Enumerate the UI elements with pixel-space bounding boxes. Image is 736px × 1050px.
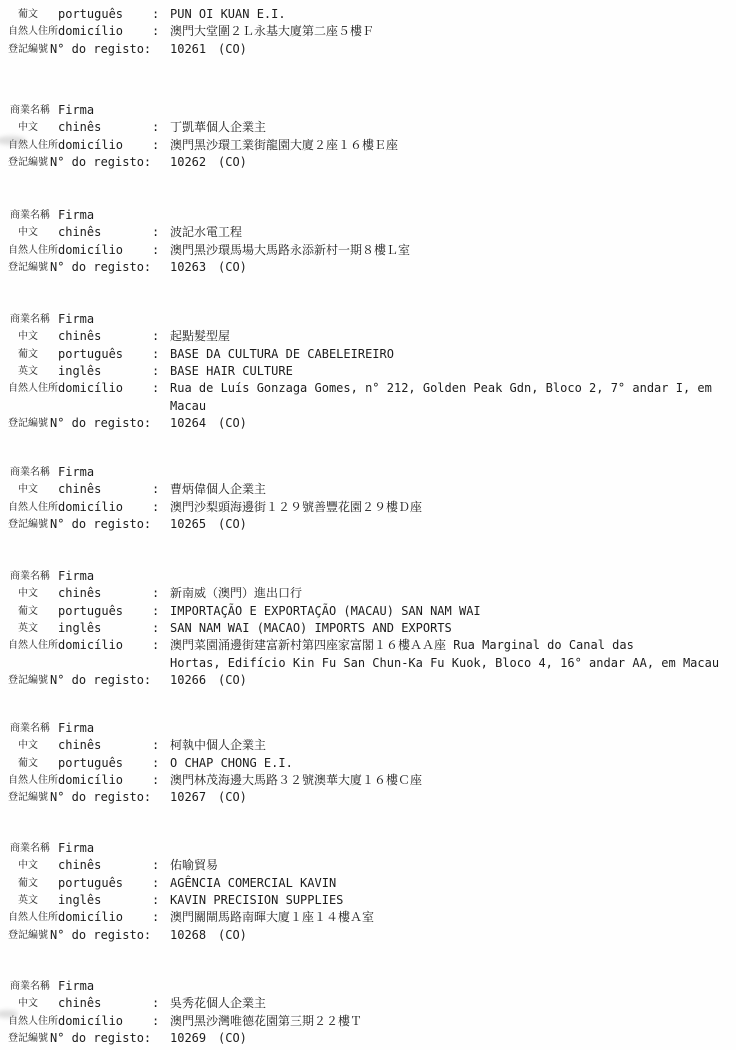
- registry-line: 登記編號N° do registo:10262(CO): [0, 154, 736, 171]
- label-zh: 登記編號: [8, 1031, 48, 1046]
- colon-separator: :: [152, 7, 159, 22]
- registry-line: Hortas, Edifício Kin Fu San Chun-Ka Fu K…: [0, 655, 736, 672]
- registry-line: 商業名稱Firma: [0, 311, 736, 328]
- colon-separator: :: [152, 120, 159, 135]
- label-zh: 中文: [18, 120, 38, 135]
- field-value: 澳門黑沙環馬場大馬路永添新村一期８樓Ｌ室: [170, 243, 410, 258]
- registration-number: 10266: [170, 673, 206, 688]
- colon-separator: :: [152, 347, 159, 362]
- colon-separator: :: [152, 604, 159, 619]
- label-pt: Firma: [58, 465, 94, 480]
- label-pt: domicílio: [58, 638, 123, 653]
- label-zh: 中文: [18, 482, 38, 497]
- registration-number: 10269: [170, 1031, 206, 1046]
- label-pt: português: [58, 604, 123, 619]
- label-zh: 商業名稱: [10, 312, 50, 327]
- registry-line: 登記編號N° do registo:10264(CO): [0, 415, 736, 432]
- label-pt: chinês: [58, 225, 101, 240]
- registry-line: 中文chinês:起點髮型屋: [0, 328, 736, 345]
- colon-separator: :: [152, 364, 159, 379]
- label-pt: Firma: [58, 208, 94, 223]
- registration-suffix: (CO): [218, 155, 247, 170]
- label-pt: chinês: [58, 586, 101, 601]
- label-pt: N° do registo:: [50, 517, 151, 532]
- field-value: PUN OI KUAN E.I.: [170, 7, 286, 22]
- registration-number: 10263: [170, 260, 206, 275]
- label-zh: 自然人住所: [8, 910, 58, 925]
- registry-line: 自然人住所domicílio:澳門黑沙環工業街龍園大廈２座１６樓Ｅ座: [0, 137, 736, 154]
- registration-suffix: (CO): [218, 517, 247, 532]
- label-pt: domicílio: [58, 500, 123, 515]
- registration-number: 10267: [170, 790, 206, 805]
- label-zh: 商業名稱: [10, 721, 50, 736]
- registry-line: 葡文português:IMPORTAÇÃO E EXPORTAÇÃO (MAC…: [0, 603, 736, 620]
- registry-line: 自然人住所domicílio:澳門黑沙灣唯德花園第三期２２樓Ｔ: [0, 1013, 736, 1030]
- label-zh: 自然人住所: [8, 381, 58, 396]
- label-zh: 自然人住所: [8, 500, 58, 515]
- registration-suffix: (CO): [218, 42, 247, 57]
- field-value: SAN NAM WAI (MACAO) IMPORTS AND EXPORTS: [170, 621, 452, 636]
- label-pt: inglês: [58, 621, 101, 636]
- field-value: 澳門菜園涌邊街建富新村第四座家富閣１６樓ＡＡ座 Rua Marginal do …: [170, 638, 634, 653]
- label-pt: N° do registo:: [50, 155, 151, 170]
- colon-separator: :: [152, 738, 159, 753]
- field-value: 波記水電工程: [170, 225, 242, 240]
- colon-separator: :: [152, 638, 159, 653]
- registry-line: 商業名稱Firma: [0, 720, 736, 737]
- label-pt: Firma: [58, 979, 94, 994]
- label-pt: Firma: [58, 841, 94, 856]
- registry-line: 商業名稱Firma: [0, 102, 736, 119]
- label-zh: 葡文: [18, 7, 38, 22]
- registry-line: 自然人住所domicílio:Rua de Luís Gonzaga Gomes…: [0, 380, 736, 397]
- field-value: 澳門關閘馬路南暉大廈１座１４樓Ａ室: [170, 910, 374, 925]
- registry-line: 商業名稱Firma: [0, 840, 736, 857]
- label-zh: 中文: [18, 586, 38, 601]
- label-pt: Firma: [58, 721, 94, 736]
- registry-line: 葡文português:BASE DA CULTURA DE CABELEIRE…: [0, 346, 736, 363]
- registration-suffix: (CO): [218, 673, 247, 688]
- colon-separator: :: [152, 586, 159, 601]
- registration-suffix: (CO): [218, 260, 247, 275]
- label-pt: inglês: [58, 893, 101, 908]
- registry-document-page: 葡文português:PUN OI KUAN E.I.自然人住所domicíl…: [0, 0, 736, 1050]
- label-pt: português: [58, 876, 123, 891]
- registry-line: 商業名稱Firma: [0, 978, 736, 995]
- field-value: 新南威（澳門）進出口行: [170, 586, 302, 601]
- registry-line: 中文chinês:佑喻貿易: [0, 857, 736, 874]
- label-zh: 商業名稱: [10, 208, 50, 223]
- registry-line: 中文chinês:波記水電工程: [0, 224, 736, 241]
- registry-line: 自然人住所domicílio:澳門沙梨頭海邊街１２９號善豐花園２９樓Ｄ座: [0, 499, 736, 516]
- label-zh: 中文: [18, 858, 38, 873]
- registration-suffix: (CO): [218, 416, 247, 431]
- field-value: KAVIN PRECISION SUPPLIES: [170, 893, 343, 908]
- label-pt: domicílio: [58, 24, 123, 39]
- label-zh: 中文: [18, 996, 38, 1011]
- registry-line: 登記編號N° do registo:10269(CO): [0, 1030, 736, 1047]
- label-zh: 自然人住所: [8, 24, 58, 39]
- label-zh: 商業名稱: [10, 569, 50, 584]
- colon-separator: :: [152, 243, 159, 258]
- label-zh: 登記編號: [8, 673, 48, 688]
- field-value: 起點髮型屋: [170, 329, 230, 344]
- label-zh: 自然人住所: [8, 638, 58, 653]
- registry-line: 英文inglês:KAVIN PRECISION SUPPLIES: [0, 892, 736, 909]
- label-pt: Firma: [58, 312, 94, 327]
- label-zh: 登記編號: [8, 260, 48, 275]
- label-zh: 中文: [18, 329, 38, 344]
- label-zh: 英文: [18, 893, 38, 908]
- registry-line: 英文inglês:BASE HAIR CULTURE: [0, 363, 736, 380]
- colon-separator: :: [152, 893, 159, 908]
- registry-line: 自然人住所domicílio:澳門菜園涌邊街建富新村第四座家富閣１６樓ＡＡ座 R…: [0, 637, 736, 654]
- label-pt: N° do registo:: [50, 1031, 151, 1046]
- field-value: 吳秀花個人企業主: [170, 996, 266, 1011]
- field-value: 澳門黑沙灣唯德花園第三期２２樓Ｔ: [170, 1014, 362, 1029]
- label-pt: português: [58, 756, 123, 771]
- colon-separator: :: [152, 24, 159, 39]
- colon-separator: :: [152, 381, 159, 396]
- label-pt: domicílio: [58, 138, 123, 153]
- field-value: 丁凱華個人企業主: [170, 120, 266, 135]
- label-pt: inglês: [58, 364, 101, 379]
- label-pt: N° do registo:: [50, 673, 151, 688]
- label-pt: N° do registo:: [50, 42, 151, 57]
- label-pt: domicílio: [58, 1014, 123, 1029]
- label-zh: 英文: [18, 621, 38, 636]
- colon-separator: :: [152, 773, 159, 788]
- label-zh: 商業名稱: [10, 465, 50, 480]
- colon-separator: :: [152, 1014, 159, 1029]
- label-zh: 登記編號: [8, 790, 48, 805]
- registry-line: 中文chinês:丁凱華個人企業主: [0, 119, 736, 136]
- label-zh: 商業名稱: [10, 103, 50, 118]
- registry-line: 中文chinês:柯執中個人企業主: [0, 737, 736, 754]
- registry-line: 自然人住所domicílio:澳門大堂圍２Ｌ永基大廈第二座５樓Ｆ: [0, 23, 736, 40]
- label-zh: 葡文: [18, 876, 38, 891]
- colon-separator: :: [152, 621, 159, 636]
- colon-separator: :: [152, 500, 159, 515]
- field-value: O CHAP CHONG E.I.: [170, 756, 293, 771]
- label-zh: 中文: [18, 738, 38, 753]
- label-pt: N° do registo:: [50, 416, 151, 431]
- registry-line: 商業名稱Firma: [0, 207, 736, 224]
- label-zh: 葡文: [18, 756, 38, 771]
- label-zh: 自然人住所: [8, 243, 58, 258]
- label-pt: N° do registo:: [50, 790, 151, 805]
- colon-separator: :: [152, 482, 159, 497]
- label-zh: 登記編號: [8, 155, 48, 170]
- label-pt: chinês: [58, 996, 101, 1011]
- registry-line: 中文chinês:吳秀花個人企業主: [0, 995, 736, 1012]
- label-pt: português: [58, 7, 123, 22]
- label-zh: 商業名稱: [10, 979, 50, 994]
- registry-line: 自然人住所domicílio:澳門林茂海邊大馬路３２號澳華大廈１６樓Ｃ座: [0, 772, 736, 789]
- field-value: 佑喻貿易: [170, 858, 218, 873]
- field-value-continuation: Macau: [170, 399, 206, 414]
- field-value: AGÊNCIA COMERCIAL KAVIN: [170, 876, 336, 891]
- label-pt: N° do registo:: [50, 260, 151, 275]
- label-zh: 登記編號: [8, 42, 48, 57]
- registry-line: 商業名稱Firma: [0, 568, 736, 585]
- label-pt: chinês: [58, 738, 101, 753]
- label-pt: chinês: [58, 482, 101, 497]
- label-pt: chinês: [58, 329, 101, 344]
- registration-suffix: (CO): [218, 928, 247, 943]
- registry-line: Macau: [0, 398, 736, 415]
- registration-suffix: (CO): [218, 1031, 247, 1046]
- registry-line: 登記編號N° do registo:10265(CO): [0, 516, 736, 533]
- colon-separator: :: [152, 910, 159, 925]
- registry-line: 葡文português:AGÊNCIA COMERCIAL KAVIN: [0, 875, 736, 892]
- label-zh: 葡文: [18, 604, 38, 619]
- label-zh: 自然人住所: [8, 773, 58, 788]
- field-value: 澳門大堂圍２Ｌ永基大廈第二座５樓Ｆ: [170, 24, 374, 39]
- colon-separator: :: [152, 876, 159, 891]
- label-pt: Firma: [58, 569, 94, 584]
- registry-line: 自然人住所domicílio:澳門黑沙環馬場大馬路永添新村一期８樓Ｌ室: [0, 242, 736, 259]
- label-zh: 中文: [18, 225, 38, 240]
- registry-line: 登記編號N° do registo:10266(CO): [0, 672, 736, 689]
- field-value: Rua de Luís Gonzaga Gomes, n° 212, Golde…: [170, 381, 712, 396]
- registry-line: 登記編號N° do registo:10268(CO): [0, 927, 736, 944]
- field-value: 澳門黑沙環工業街龍園大廈２座１６樓Ｅ座: [170, 138, 398, 153]
- label-pt: domicílio: [58, 243, 123, 258]
- field-value: BASE DA CULTURA DE CABELEIREIRO: [170, 347, 394, 362]
- registry-line: 登記編號N° do registo:10261(CO): [0, 41, 736, 58]
- registration-number: 10264: [170, 416, 206, 431]
- colon-separator: :: [152, 225, 159, 240]
- field-value: BASE HAIR CULTURE: [170, 364, 293, 379]
- colon-separator: :: [152, 138, 159, 153]
- field-value: 澳門沙梨頭海邊街１２９號善豐花園２９樓Ｄ座: [170, 500, 422, 515]
- field-value: 柯執中個人企業主: [170, 738, 266, 753]
- label-pt: domicílio: [58, 910, 123, 925]
- registration-suffix: (CO): [218, 790, 247, 805]
- label-pt: domicílio: [58, 773, 123, 788]
- registry-line: 中文chinês:新南威（澳門）進出口行: [0, 585, 736, 602]
- label-zh: 葡文: [18, 347, 38, 362]
- colon-separator: :: [152, 756, 159, 771]
- registration-number: 10268: [170, 928, 206, 943]
- field-value: 澳門林茂海邊大馬路３２號澳華大廈１６樓Ｃ座: [170, 773, 422, 788]
- label-pt: Firma: [58, 103, 94, 118]
- registry-line: 登記編號N° do registo:10267(CO): [0, 789, 736, 806]
- label-zh: 登記編號: [8, 416, 48, 431]
- colon-separator: :: [152, 329, 159, 344]
- label-pt: chinês: [58, 858, 101, 873]
- label-zh: 英文: [18, 364, 38, 379]
- colon-separator: :: [152, 858, 159, 873]
- label-pt: domicílio: [58, 381, 123, 396]
- registry-line: 登記編號N° do registo:10263(CO): [0, 259, 736, 276]
- label-pt: português: [58, 347, 123, 362]
- label-zh: 商業名稱: [10, 841, 50, 856]
- label-pt: N° do registo:: [50, 928, 151, 943]
- registration-number: 10265: [170, 517, 206, 532]
- registration-number: 10261: [170, 42, 206, 57]
- label-pt: chinês: [58, 120, 101, 135]
- registry-line: 英文inglês:SAN NAM WAI (MACAO) IMPORTS AND…: [0, 620, 736, 637]
- label-zh: 登記編號: [8, 928, 48, 943]
- field-value-continuation: Hortas, Edifício Kin Fu San Chun-Ka Fu K…: [170, 656, 719, 671]
- registry-line: 自然人住所domicílio:澳門關閘馬路南暉大廈１座１４樓Ａ室: [0, 909, 736, 926]
- registry-line: 商業名稱Firma: [0, 464, 736, 481]
- registry-line: 葡文português:PUN OI KUAN E.I.: [0, 6, 736, 23]
- registry-line: 中文chinês:曹炳偉個人企業主: [0, 481, 736, 498]
- registry-line: 葡文português:O CHAP CHONG E.I.: [0, 755, 736, 772]
- field-value: 曹炳偉個人企業主: [170, 482, 266, 497]
- field-value: IMPORTAÇÃO E EXPORTAÇÃO (MACAU) SAN NAM …: [170, 604, 481, 619]
- label-zh: 登記編號: [8, 517, 48, 532]
- registration-number: 10262: [170, 155, 206, 170]
- colon-separator: :: [152, 996, 159, 1011]
